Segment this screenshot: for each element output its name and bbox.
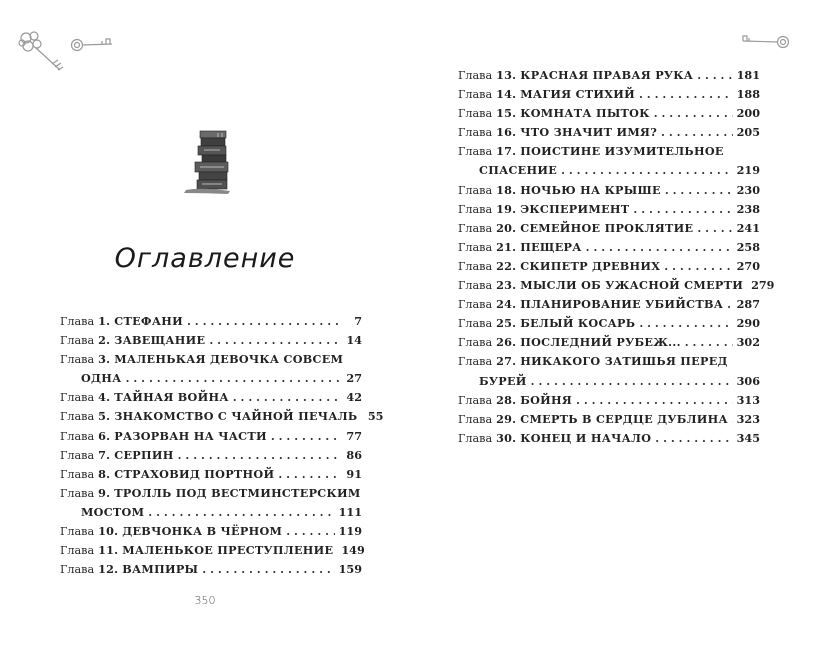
chapter-label: Глава <box>458 429 492 448</box>
toc-entry-line: Глава17.ПОИСТИНЕ ИЗУМИТЕЛЬНОЕ <box>458 142 760 161</box>
toc-entry[interactable]: Глава26.ПОСЛЕДНИЙ РУБЕЖ...302 <box>458 333 760 352</box>
chapter-title: СЕРПИН <box>114 446 173 465</box>
chapter-label: Глава <box>458 410 492 429</box>
chapter-number: 25. <box>496 314 516 333</box>
page-ref: 323 <box>737 410 760 429</box>
chapter-title: СЕМЕЙНОЕ ПРОКЛЯТИЕ <box>520 219 693 238</box>
chapter-number: 21. <box>496 238 516 257</box>
dot-leader <box>271 427 340 446</box>
chapter-title: МАЛЕНЬКОЕ ПРЕСТУПЛЕНИЕ <box>122 541 333 560</box>
toc-entry-line: Глава29.СМЕРТЬ В СЕРДЦЕ ДУБЛИНА323 <box>458 410 760 429</box>
toc-entry-line: Глава10.ДЕВЧОНКА В ЧЁРНОМ119 <box>60 522 362 541</box>
page-title: Оглавление <box>0 243 410 274</box>
page-ref: 42 <box>344 388 362 407</box>
chapter-title: ВАМПИРЫ <box>122 560 198 579</box>
chapter-number: 1. <box>98 312 110 331</box>
chapter-title: СТЕФАНИ <box>114 312 183 331</box>
page-ref: 230 <box>737 181 760 200</box>
chapter-label: Глава <box>458 391 492 410</box>
chapter-number: 12. <box>98 560 118 579</box>
toc-entry-line: СПАСЕНИЕ219 <box>458 161 760 180</box>
page-ref: 205 <box>737 123 760 142</box>
chapter-title: КОМНАТА ПЫТОК <box>520 104 649 123</box>
toc-list-right: Глава13.КРАСНАЯ ПРАВАЯ РУКА181Глава14.МА… <box>458 66 760 448</box>
chapter-number: 24. <box>496 295 516 314</box>
chapter-number: 7. <box>98 446 110 465</box>
toc-entry[interactable]: Глава11.МАЛЕНЬКОЕ ПРЕСТУПЛЕНИЕ149 <box>60 541 362 560</box>
dot-leader <box>654 104 733 123</box>
chapter-title: НОЧЬЮ НА КРЫШЕ <box>520 181 661 200</box>
chapter-number: 2. <box>98 331 110 350</box>
dot-leader <box>561 161 733 180</box>
toc-entry[interactable]: Глава20.СЕМЕЙНОЕ ПРОКЛЯТИЕ241 <box>458 219 760 238</box>
chapter-label: Глава <box>60 350 94 369</box>
toc-entry-line: Глава14.МАГИЯ СТИХИЙ188 <box>458 85 760 104</box>
page-ref: 111 <box>339 503 362 522</box>
chapter-title: ТРОЛЛЬ ПОД ВЕСТМИНСТЕРСКИМ <box>114 484 360 503</box>
dot-leader <box>187 312 340 331</box>
chapter-number: 11. <box>98 541 118 560</box>
toc-entry[interactable]: Глава21.ПЕЩЕРА258 <box>458 238 760 257</box>
chapter-title: ПОСЛЕДНИЙ РУБЕЖ... <box>520 333 681 352</box>
chapter-title: ЧТО ЗНАЧИТ ИМЯ? <box>520 123 657 142</box>
chapter-title: ЗАВЕЩАНИЕ <box>114 331 205 350</box>
toc-entry[interactable]: Глава22.СКИПЕТР ДРЕВНИХ270 <box>458 257 760 276</box>
page-ref: 119 <box>339 522 362 541</box>
page-number: 350 <box>0 594 410 607</box>
toc-list-left: Глава1.СТЕФАНИ7Глава2.ЗАВЕЩАНИЕ14Глава3.… <box>60 312 362 579</box>
page-ref: 55 <box>365 407 383 426</box>
chapter-title: ТАЙНАЯ ВОЙНА <box>114 388 229 407</box>
chapter-label: Глава <box>458 123 492 142</box>
toc-entry-line: Глава5.ЗНАКОМСТВО С ЧАЙНОЙ ПЕЧАЛЬ55 <box>60 407 362 426</box>
page-ref: 306 <box>737 372 760 391</box>
chapter-title: МАЛЕНЬКАЯ ДЕВОЧКА СОВСЕМ <box>114 350 343 369</box>
toc-entry-line: Глава6.РАЗОРВАН НА ЧАСТИ77 <box>60 427 362 446</box>
page-ref: 258 <box>737 238 760 257</box>
toc-entry[interactable]: Глава3.МАЛЕНЬКАЯ ДЕВОЧКА СОВСЕМОДНА27 <box>60 350 362 388</box>
chapter-number: 9. <box>98 484 110 503</box>
toc-entry-line: Глава23.МЫСЛИ ОБ УЖАСНОЙ СМЕРТИ279 <box>458 276 760 295</box>
page-ref: 200 <box>737 104 760 123</box>
page-ref: 86 <box>344 446 362 465</box>
right-page: Глава13.КРАСНАЯ ПРАВАЯ РУКА181Глава14.МА… <box>410 0 820 656</box>
chapter-title-continued: ОДНА <box>81 369 122 388</box>
chapter-title: БОЙНЯ <box>520 391 572 410</box>
chapter-label: Глава <box>458 66 492 85</box>
chapter-number: 26. <box>496 333 516 352</box>
chapter-number: 13. <box>496 66 516 85</box>
toc-entry-line: Глава1.СТЕФАНИ7 <box>60 312 362 331</box>
chapter-title: ПЕЩЕРА <box>520 238 581 257</box>
page-ref: 91 <box>344 465 362 484</box>
chapter-number: 18. <box>496 181 516 200</box>
chapter-number: 17. <box>496 142 516 161</box>
toc-entry-line: Глава16.ЧТО ЗНАЧИТ ИМЯ?205 <box>458 123 760 142</box>
page-ref: 77 <box>344 427 362 446</box>
toc-entry[interactable]: Глава13.КРАСНАЯ ПРАВАЯ РУКА181 <box>458 66 760 85</box>
toc-entry[interactable]: Глава23.МЫСЛИ ОБ УЖАСНОЙ СМЕРТИ279 <box>458 276 760 295</box>
dot-leader <box>639 85 733 104</box>
chapter-label: Глава <box>458 219 492 238</box>
toc-entry[interactable]: Глава10.ДЕВЧОНКА В ЧЁРНОМ119 <box>60 522 362 541</box>
chapter-label: Глава <box>458 314 492 333</box>
chapter-title: СМЕРТЬ В СЕРДЦЕ ДУБЛИНА <box>520 410 728 429</box>
page-ref: 181 <box>737 66 760 85</box>
toc-entry[interactable]: Глава14.МАГИЯ СТИХИЙ188 <box>458 85 760 104</box>
chapter-title: МЫСЛИ ОБ УЖАСНОЙ СМЕРТИ <box>520 276 743 295</box>
stack-of-books-icon <box>180 127 236 197</box>
chapter-title-continued: МОСТОМ <box>81 503 144 522</box>
toc-entry[interactable]: Глава4.ТАЙНАЯ ВОЙНА42 <box>60 388 362 407</box>
toc-entry-line: Глава8.СТРАХОВИД ПОРТНОЙ91 <box>60 465 362 484</box>
toc-entry[interactable]: Глава18.НОЧЬЮ НА КРЫШЕ230 <box>458 181 760 200</box>
chapter-label: Глава <box>60 312 94 331</box>
chapter-title: МАГИЯ СТИХИЙ <box>520 85 635 104</box>
toc-entry[interactable]: Глава2.ЗАВЕЩАНИЕ14 <box>60 331 362 350</box>
page-ref: 149 <box>341 541 362 560</box>
toc-entry-line: Глава2.ЗАВЕЩАНИЕ14 <box>60 331 362 350</box>
chapter-label: Глава <box>458 142 492 161</box>
dot-leader <box>697 219 732 238</box>
toc-entry[interactable]: Глава25.БЕЛЫЙ КОСАРЬ290 <box>458 314 760 333</box>
toc-entry[interactable]: Глава30.КОНЕЦ И НАЧАЛО345 <box>458 429 760 448</box>
chapter-label: Глава <box>458 104 492 123</box>
dot-leader <box>697 66 732 85</box>
dot-leader <box>202 560 334 579</box>
dot-leader <box>148 503 334 522</box>
toc-entry-line: Глава18.НОЧЬЮ НА КРЫШЕ230 <box>458 181 760 200</box>
toc-entry[interactable]: Глава5.ЗНАКОМСТВО С ЧАЙНОЙ ПЕЧАЛЬ55 <box>60 407 362 426</box>
toc-entry-line: Глава27.НИКАКОГО ЗАТИШЬЯ ПЕРЕД <box>458 352 760 371</box>
chapter-title: ЭКСПЕРИМЕНТ <box>520 200 629 219</box>
chapter-label: Глава <box>60 407 94 426</box>
dot-leader <box>732 410 733 429</box>
chapter-number: 19. <box>496 200 516 219</box>
chapter-label: Глава <box>458 200 492 219</box>
dot-leader <box>278 465 340 484</box>
toc-entry-line: Глава20.СЕМЕЙНОЕ ПРОКЛЯТИЕ241 <box>458 219 760 238</box>
chapter-title: СТРАХОВИД ПОРТНОЙ <box>114 465 274 484</box>
toc-entry[interactable]: Глава27.НИКАКОГО ЗАТИШЬЯ ПЕРЕДБУРЕЙ306 <box>458 352 760 390</box>
toc-entry-line: Глава28.БОЙНЯ313 <box>458 391 760 410</box>
chapter-number: 15. <box>496 104 516 123</box>
dot-leader <box>286 522 334 541</box>
page-ref: 159 <box>339 560 362 579</box>
page-ref: 14 <box>344 331 362 350</box>
chapter-title-continued: БУРЕЙ <box>479 372 527 391</box>
page-ref: 302 <box>737 333 760 352</box>
chapter-label: Глава <box>60 388 94 407</box>
toc-entry-line: Глава26.ПОСЛЕДНИЙ РУБЕЖ...302 <box>458 333 760 352</box>
chapter-label: Глава <box>60 522 94 541</box>
left-page: Оглавление Глава1.СТЕФАНИ7Глава2.ЗАВЕЩАН… <box>0 0 410 656</box>
chapter-title: ЗНАКОМСТВО С ЧАЙНОЙ ПЕЧАЛЬ <box>114 407 357 426</box>
page-ref: 279 <box>751 276 769 295</box>
page-ref: 287 <box>737 295 760 314</box>
dot-leader <box>661 123 733 142</box>
toc-entry-line: Глава30.КОНЕЦ И НАЧАЛО345 <box>458 429 760 448</box>
toc-entry[interactable]: Глава24.ПЛАНИРОВАНИЕ УБИЙСТВА287 <box>458 295 760 314</box>
chapter-label: Глава <box>60 465 94 484</box>
toc-entry[interactable]: Глава16.ЧТО ЗНАЧИТ ИМЯ?205 <box>458 123 760 142</box>
page-ref: 27 <box>344 369 362 388</box>
toc-entry-line: Глава3.МАЛЕНЬКАЯ ДЕВОЧКА СОВСЕМ <box>60 350 362 369</box>
dot-leader <box>727 295 733 314</box>
dot-leader <box>685 333 733 352</box>
chapter-number: 20. <box>496 219 516 238</box>
chapter-label: Глава <box>458 352 492 371</box>
dot-leader <box>633 200 732 219</box>
toc-entry-line: Глава19.ЭКСПЕРИМЕНТ238 <box>458 200 760 219</box>
chapter-number: 30. <box>496 429 516 448</box>
chapter-number: 23. <box>496 276 516 295</box>
toc-entry[interactable]: Глава28.БОЙНЯ313 <box>458 391 760 410</box>
chapter-label: Глава <box>60 446 94 465</box>
chapter-number: 8. <box>98 465 110 484</box>
chapter-label: Глава <box>458 333 492 352</box>
chapter-number: 16. <box>496 123 516 142</box>
page-ref: 241 <box>737 219 760 238</box>
page-ref: 219 <box>737 161 760 180</box>
dot-leader <box>664 257 732 276</box>
chapter-label: Глава <box>458 181 492 200</box>
chapter-label: Глава <box>60 484 94 503</box>
chapter-title: ДЕВЧОНКА В ЧЁРНОМ <box>122 522 282 541</box>
page-ref: 7 <box>344 312 362 331</box>
toc-entry-line: Глава9.ТРОЛЛЬ ПОД ВЕСТМИНСТЕРСКИМ <box>60 484 362 503</box>
toc-entry-line: Глава11.МАЛЕНЬКОЕ ПРЕСТУПЛЕНИЕ149 <box>60 541 362 560</box>
chapter-label: Глава <box>60 560 94 579</box>
dot-leader <box>586 238 733 257</box>
chapter-number: 4. <box>98 388 110 407</box>
dot-leader <box>233 388 340 407</box>
toc-entry-line: Глава13.КРАСНАЯ ПРАВАЯ РУКА181 <box>458 66 760 85</box>
chapter-label: Глава <box>458 257 492 276</box>
toc-entry-line: Глава7.СЕРПИН86 <box>60 446 362 465</box>
page-ref: 188 <box>737 85 760 104</box>
toc-entry[interactable]: Глава12.ВАМПИРЫ159 <box>60 560 362 579</box>
chapter-title: НИКАКОГО ЗАТИШЬЯ ПЕРЕД <box>520 352 728 371</box>
page-ref: 313 <box>737 391 760 410</box>
toc-entry[interactable]: Глава9.ТРОЛЛЬ ПОД ВЕСТМИНСТЕРСКИММОСТОМ1… <box>60 484 362 522</box>
toc-entry-line: Глава22.СКИПЕТР ДРЕВНИХ270 <box>458 257 760 276</box>
dot-leader <box>639 314 732 333</box>
chapter-number: 28. <box>496 391 516 410</box>
chapter-number: 5. <box>98 407 110 426</box>
chapter-number: 22. <box>496 257 516 276</box>
chapter-number: 3. <box>98 350 110 369</box>
chapter-title: БЕЛЫЙ КОСАРЬ <box>520 314 635 333</box>
chapter-label: Глава <box>458 295 492 314</box>
toc-entry-line: Глава4.ТАЙНАЯ ВОЙНА42 <box>60 388 362 407</box>
chapter-number: 29. <box>496 410 516 429</box>
chapter-label: Глава <box>60 427 94 446</box>
dot-leader <box>576 391 733 410</box>
toc-entry[interactable]: Глава19.ЭКСПЕРИМЕНТ238 <box>458 200 760 219</box>
toc-entry[interactable]: Глава7.СЕРПИН86 <box>60 446 362 465</box>
toc-entry[interactable]: Глава15.КОМНАТА ПЫТОК200 <box>458 104 760 123</box>
chapter-title: ПЛАНИРОВАНИЕ УБИЙСТВА <box>520 295 723 314</box>
dot-leader <box>531 372 733 391</box>
chapter-label: Глава <box>60 331 94 350</box>
crossed-keys-icon <box>14 28 114 78</box>
toc-entry[interactable]: Глава17.ПОИСТИНЕ ИЗУМИТЕЛЬНОЕСПАСЕНИЕ219 <box>458 142 760 180</box>
toc-entry-line: Глава15.КОМНАТА ПЫТОК200 <box>458 104 760 123</box>
chapter-title: КРАСНАЯ ПРАВАЯ РУКА <box>520 66 693 85</box>
toc-entry-line: Глава21.ПЕЩЕРА258 <box>458 238 760 257</box>
chapter-label: Глава <box>458 276 492 295</box>
toc-entry-line: МОСТОМ111 <box>60 503 362 522</box>
toc-entry-line: ОДНА27 <box>60 369 362 388</box>
toc-entry-line: Глава12.ВАМПИРЫ159 <box>60 560 362 579</box>
dot-leader <box>665 181 733 200</box>
toc-entry-line: Глава24.ПЛАНИРОВАНИЕ УБИЙСТВА287 <box>458 295 760 314</box>
page-ref: 270 <box>737 257 760 276</box>
chapter-title: ПОИСТИНЕ ИЗУМИТЕЛЬНОЕ <box>520 142 723 161</box>
chapter-title: РАЗОРВАН НА ЧАСТИ <box>114 427 267 446</box>
chapter-number: 27. <box>496 352 516 371</box>
key-icon <box>735 28 795 58</box>
dot-leader <box>126 369 340 388</box>
chapter-number: 10. <box>98 522 118 541</box>
toc-entry[interactable]: Глава8.СТРАХОВИД ПОРТНОЙ91 <box>60 465 362 484</box>
page-ref: 238 <box>737 200 760 219</box>
chapter-label: Глава <box>60 541 94 560</box>
page-ref: 345 <box>737 429 760 448</box>
toc-entry[interactable]: Глава29.СМЕРТЬ В СЕРДЦЕ ДУБЛИНА323 <box>458 410 760 429</box>
chapter-number: 14. <box>496 85 516 104</box>
toc-entry[interactable]: Глава6.РАЗОРВАН НА ЧАСТИ77 <box>60 427 362 446</box>
chapter-title: КОНЕЦ И НАЧАЛО <box>520 429 651 448</box>
toc-entry[interactable]: Глава1.СТЕФАНИ7 <box>60 312 362 331</box>
dot-leader <box>178 446 340 465</box>
chapter-title-continued: СПАСЕНИЕ <box>479 161 557 180</box>
chapter-label: Глава <box>458 85 492 104</box>
dot-leader <box>209 331 340 350</box>
chapter-label: Глава <box>458 238 492 257</box>
dot-leader <box>655 429 732 448</box>
toc-entry-line: БУРЕЙ306 <box>458 372 760 391</box>
toc-entry-line: Глава25.БЕЛЫЙ КОСАРЬ290 <box>458 314 760 333</box>
chapter-title: СКИПЕТР ДРЕВНИХ <box>520 257 660 276</box>
page-ref: 290 <box>737 314 760 333</box>
chapter-number: 6. <box>98 427 110 446</box>
